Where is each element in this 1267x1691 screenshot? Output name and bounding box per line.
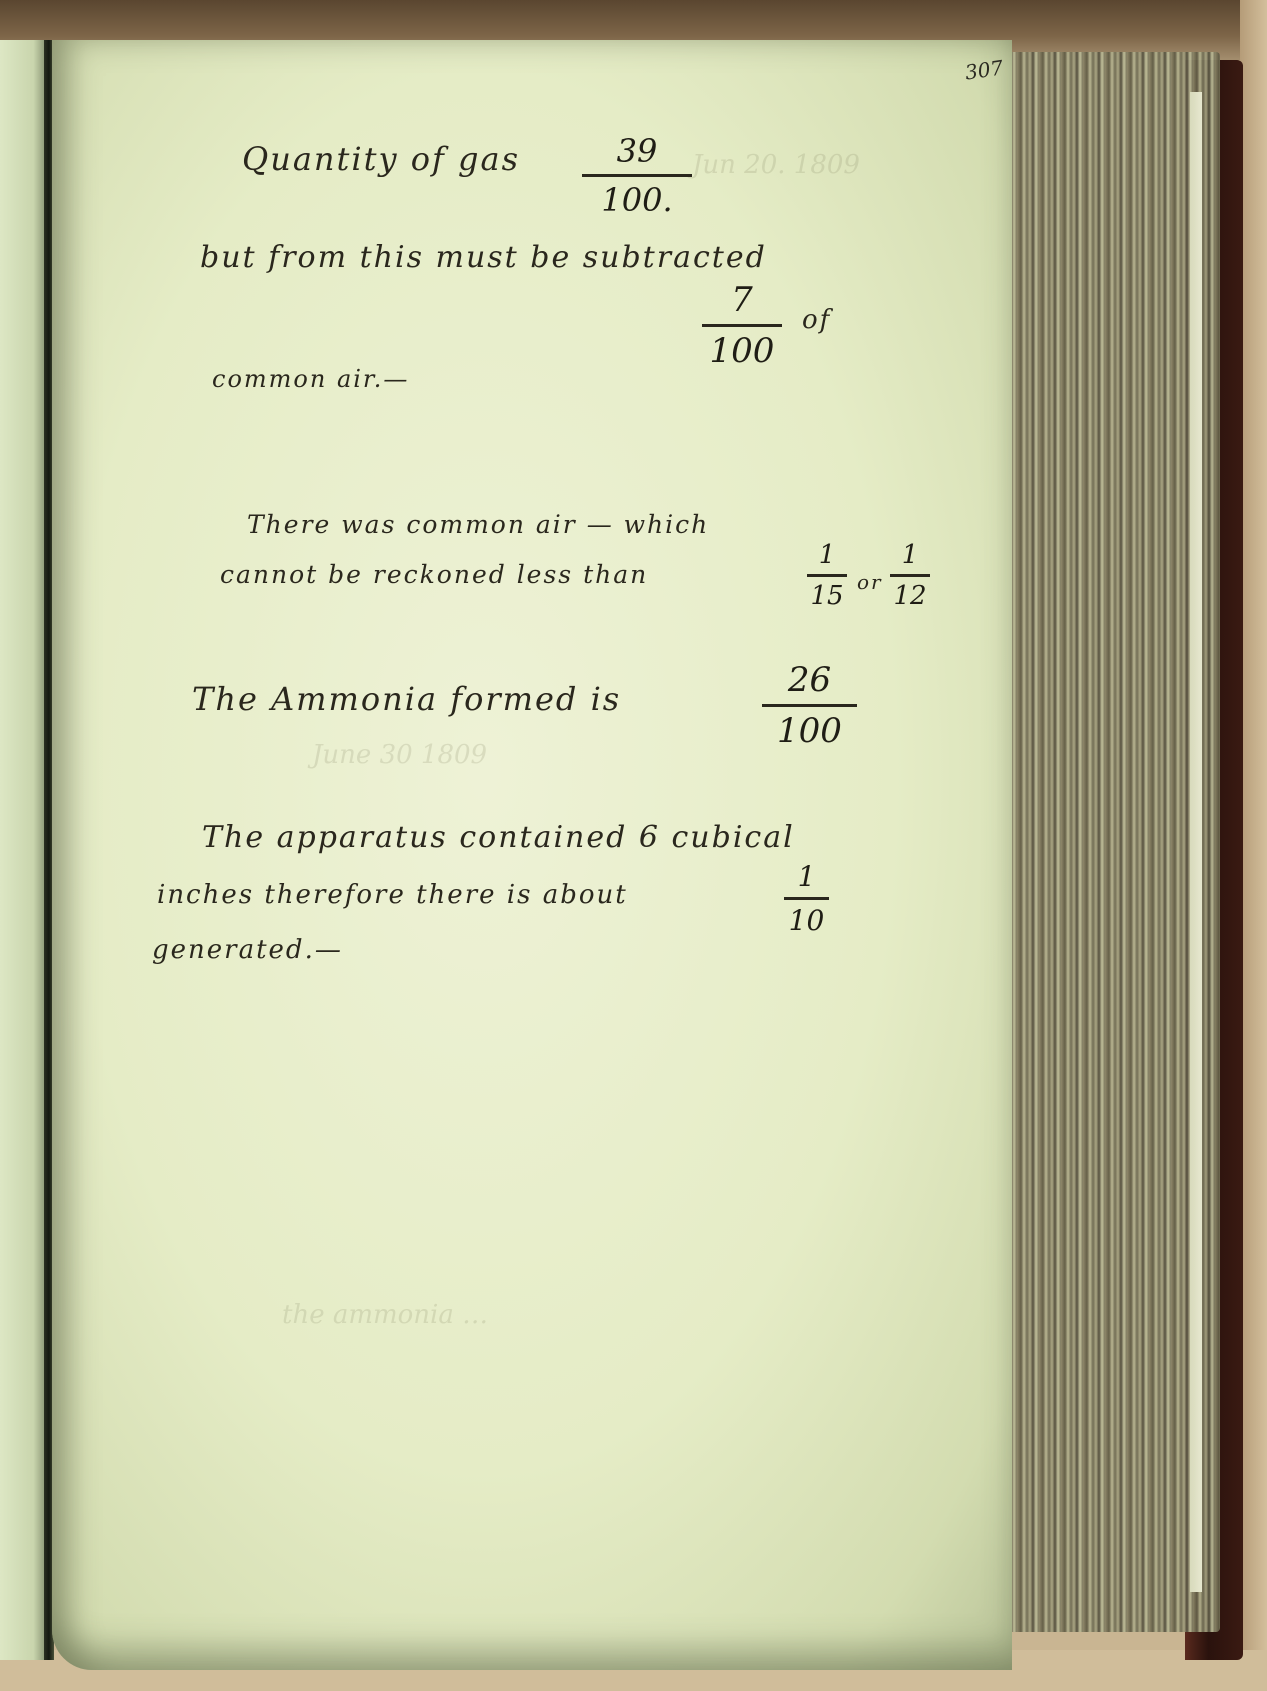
manuscript-page: Jun 20. 1809 June 30 1809 the ammonia … … [52,40,1012,1670]
fraction-denominator: 100 [762,707,857,751]
show-through-text: Jun 20. 1809 [692,150,860,180]
fraction-denominator: 15 [807,577,847,611]
manuscript-line-1: Quantity of gas [242,140,520,178]
table-surface-right [1240,0,1267,1691]
fraction-denominator: 100. [582,177,692,219]
fraction-numerator: 1 [784,860,829,900]
fraction-39-100: 39 100. [582,132,692,219]
manuscript-word-of: of [802,305,831,335]
fraction-numerator: 1 [807,540,847,577]
fraction-1-15: 1 15 [807,540,847,611]
manuscript-word-or: or [857,570,883,594]
fraction-7-100: 7 100 [702,280,782,371]
manuscript-line-5: There was common air — which [247,510,709,539]
fraction-1-12: 1 12 [890,540,930,611]
fraction-numerator: 7 [702,280,782,327]
manuscript-line-10: generated.— [152,935,343,965]
fraction-26-100: 26 100 [762,660,857,751]
facing-page-edge [0,40,48,1660]
fraction-denominator: 10 [784,900,829,937]
manuscript-line-8: The apparatus contained 6 cubical [202,820,795,855]
fraction-numerator: 26 [762,660,857,707]
manuscript-line-6: cannot be reckoned less than [220,560,648,589]
fraction-denominator: 12 [890,577,930,611]
manuscript-line-9: inches therefore there is about [157,880,628,910]
fraction-1-10: 1 10 [784,860,829,937]
fraction-denominator: 100 [702,327,782,371]
page-block-edges [995,52,1220,1632]
manuscript-line-7: The Ammonia formed is [192,680,621,718]
fraction-numerator: 1 [890,540,930,577]
manuscript-line-4: common air.— [212,365,409,393]
show-through-text: June 30 1809 [312,740,487,770]
show-through-text: the ammonia … [282,1300,488,1330]
fraction-numerator: 39 [582,132,692,177]
manuscript-line-2: but from this must be subtracted [200,240,767,275]
